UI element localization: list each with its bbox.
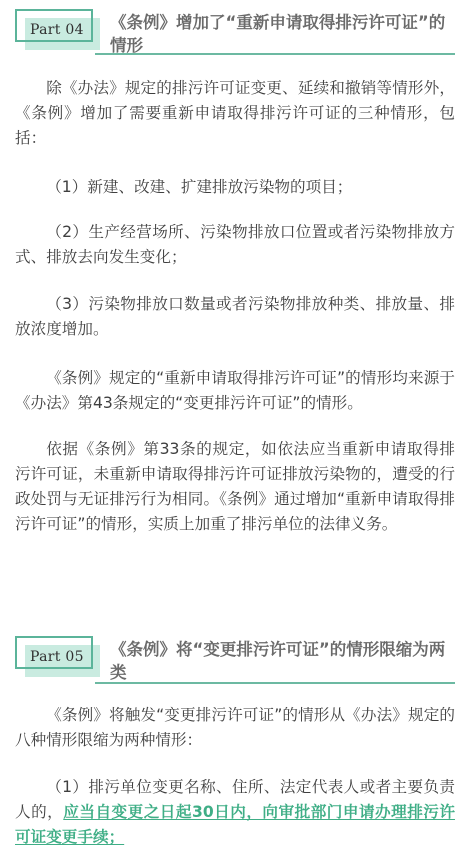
section-title: 《条例》增加了“重新申请取得排污许可证”的情形	[110, 11, 455, 57]
list-item-1: （1）新建、改建、扩建排放污染物的项目；	[15, 175, 455, 200]
section-title: 《条例》将“变更排污许可证”的情形限缩为两类	[110, 638, 455, 684]
paragraph-penalty: 依据《条例》第33条的规定，如依法应当重新申请取得排污许可证，未重新申请取得排污…	[15, 437, 455, 537]
paragraph-intro: 除《办法》规定的排污许可证变更、延续和撤销等情形外，《条例》增加了需要重新申请取…	[15, 76, 455, 151]
part-badge-label: Part 05	[30, 649, 84, 665]
paragraph-intro: 《条例》将触发“变更排污许可证”的情形从《办法》规定的八种情形限缩为两种情形：	[15, 703, 455, 753]
list-item-1: （1）排污单位变更名称、住所、法定代表人或者主要负责人的，应当自变更之日起30日…	[15, 775, 455, 850]
title-underline	[95, 682, 455, 684]
paragraph-source: 《条例》规定的“重新申请取得排污许可证”的情形均来源于《办法》第43条规定的“变…	[15, 366, 455, 416]
highlighted-text: 应当自变更之日起30日内，向审批部门申请办理排污许可证变更手续；	[15, 803, 455, 846]
part-badge-label: Part 04	[30, 22, 84, 38]
title-underline	[95, 53, 455, 55]
list-item-3: （3）污染物排放口数量或者污染物排放种类、排放量、排放浓度增加。	[15, 292, 455, 342]
list-item-2: （2）生产经营场所、污染物排放口位置或者污染物排放方式、排放去向发生变化；	[15, 220, 455, 270]
